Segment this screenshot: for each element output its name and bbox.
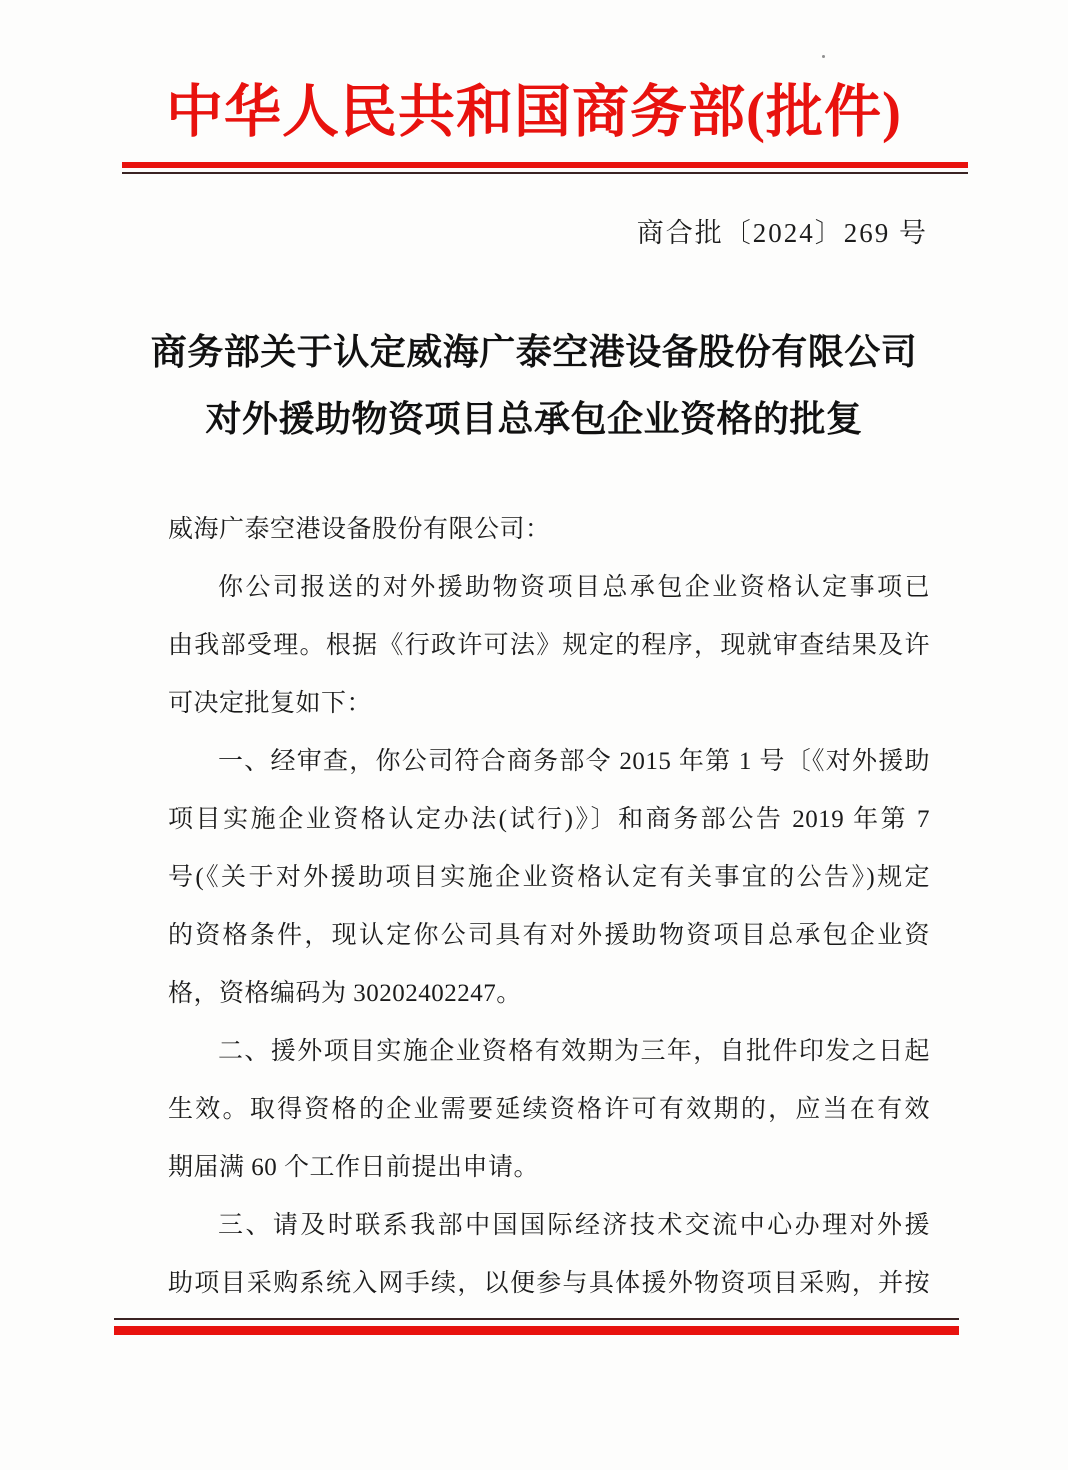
body-text-line: 期届满 60 个工作日前提出申请。: [168, 1139, 930, 1197]
scan-artifact-dot: [822, 55, 825, 58]
body-text-line: 格，资格编码为 30202402247。: [168, 965, 930, 1023]
footer-divider-red-line: [114, 1326, 959, 1335]
document-number: 商合批〔2024〕269 号: [637, 216, 928, 250]
body-text-line: 三、请及时联系我部中国国际经济技术交流中心办理对外援: [168, 1197, 930, 1255]
body-text-line: 项目实施企业资格认定办法(试行)》〕和商务部公告 2019 年第 7: [168, 791, 930, 849]
header-divider-thin-line: [122, 172, 968, 174]
body-text-line: 助项目采购系统入网手续，以便参与具体援外物资项目采购，并按: [168, 1255, 930, 1313]
body-text-line: 生效。取得资格的企业需要延续资格许可有效期的，应当在有效: [168, 1081, 930, 1139]
letterhead-title: 中华人民共和国商务部(批件): [0, 74, 1068, 152]
body-text-line: 一、经审查，你公司符合商务部令 2015 年第 1 号〔《对外援助: [168, 733, 930, 791]
document-body: 威海广泰空港设备股份有限公司：你公司报送的对外援助物资项目总承包企业资格认定事项…: [168, 501, 930, 1313]
body-text-line: 号(《关于对外援助项目实施企业资格认定有关事宜的公告》)规定: [168, 849, 930, 907]
footer-divider-thin-line: [114, 1318, 959, 1320]
document-title-line2: 对外援助物资项目总承包企业资格的批复: [0, 385, 1068, 452]
document-title: 商务部关于认定威海广泰空港设备股份有限公司 对外援助物资项目总承包企业资格的批复: [0, 318, 1068, 452]
document-page: 中华人民共和国商务部(批件) 商合批〔2024〕269 号 商务部关于认定威海广…: [0, 0, 1068, 1470]
body-text-line: 二、援外项目实施企业资格有效期为三年，自批件印发之日起: [168, 1023, 930, 1081]
body-text-line: 你公司报送的对外援助物资项目总承包企业资格认定事项已: [168, 559, 930, 617]
body-text-line: 威海广泰空港设备股份有限公司：: [168, 501, 930, 559]
header-divider-red-line: [122, 162, 968, 168]
body-text-line: 由我部受理。根据《行政许可法》规定的程序，现就审查结果及许: [168, 617, 930, 675]
body-text-line: 的资格条件，现认定你公司具有对外援助物资项目总承包企业资: [168, 907, 930, 965]
document-title-line1: 商务部关于认定威海广泰空港设备股份有限公司: [0, 318, 1068, 385]
body-text-line: 可决定批复如下：: [168, 675, 930, 733]
